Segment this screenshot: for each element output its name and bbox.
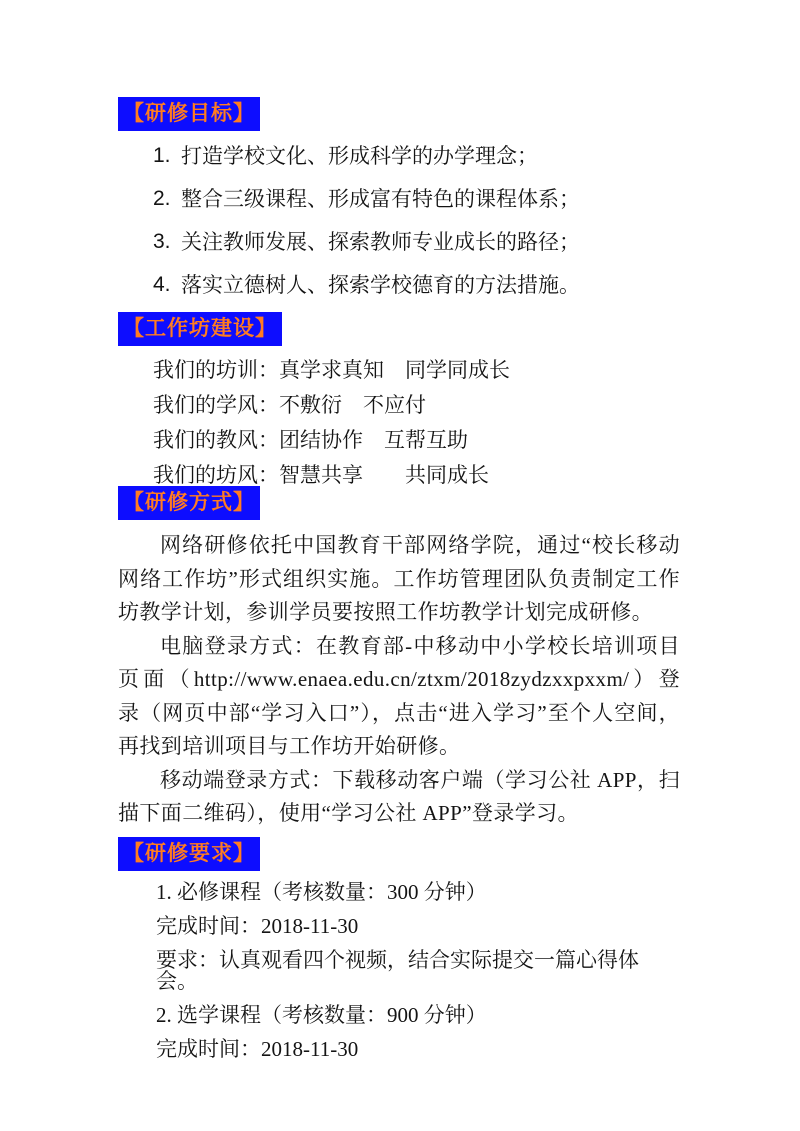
document-page: 【研修目标】 1. 打造学校文化、形成科学的办学理念； 2. 整合三级课程、形成… xyxy=(0,0,800,1131)
goals-list: 1. 打造学校文化、形成科学的办学理念； 2. 整合三级课程、形成富有特色的课程… xyxy=(118,145,680,304)
list-item-number: 1. xyxy=(153,145,181,167)
section-title-goals: 【研修目标】 xyxy=(118,97,260,131)
section-requirements-header: 【研修要求】 xyxy=(118,837,680,871)
section-title-method: 【研修方式】 xyxy=(118,486,260,520)
goals-list-item: 3. 关注教师发展、探索教师专业成长的路径； xyxy=(153,231,680,253)
requirement-course-line: 2. 选学课程（考核数量：900 分钟） xyxy=(156,1005,680,1026)
requirements-lines: 1. 必修课程（考核数量：300 分钟） 完成时间：2018-11-30 要求：… xyxy=(118,882,680,1060)
list-item-text: 打造学校文化、形成科学的办学理念； xyxy=(181,145,538,167)
method-paragraph-login-pc: 电脑登录方式：在教育部-中移动中小学校长培训项目页面（http://www.en… xyxy=(118,630,680,764)
list-item-number: 3. xyxy=(153,231,181,253)
section-title-requirements: 【研修要求】 xyxy=(118,837,260,871)
section-goals-header: 【研修目标】 xyxy=(118,97,680,131)
method-paragraph-login-mobile: 移动端登录方式：下载移动客户端（学习公社 APP，扫描下面二维码），使用“学习公… xyxy=(118,764,680,831)
list-item-text: 落实立德树人、探索学校德育的方法措施。 xyxy=(181,274,580,296)
workshop-motto-line: 我们的坊训：真学求真知 同学同成长 xyxy=(153,359,680,381)
method-paragraph: 网络研修依托中国教育干部网络学院，通过“校长移动网络工作坊”形式组织实施。工作坊… xyxy=(118,529,680,630)
section-method-header: 【研修方式】 xyxy=(118,486,680,520)
goals-list-item: 2. 整合三级课程、形成富有特色的课程体系； xyxy=(153,188,680,210)
goals-list-item: 1. 打造学校文化、形成科学的办学理念； xyxy=(153,145,680,167)
workshop-motto-line: 我们的坊风：智慧共享 共同成长 xyxy=(153,464,680,486)
requirement-deadline-line: 完成时间：2018-11-30 xyxy=(156,1039,680,1060)
requirement-course-line: 1. 必修课程（考核数量：300 分钟） xyxy=(156,882,680,903)
method-paragraphs: 网络研修依托中国教育干部网络学院，通过“校长移动网络工作坊”形式组织实施。工作坊… xyxy=(118,529,680,831)
requirement-detail-line: 要求：认真观看四个视频，结合实际提交一篇心得体会。 xyxy=(156,950,680,992)
list-item-number: 4. xyxy=(153,274,181,296)
workshop-motto-line: 我们的教风：团结协作 互帮互助 xyxy=(153,429,680,451)
list-item-text: 关注教师发展、探索教师专业成长的路径； xyxy=(181,231,580,253)
goals-list-item: 4. 落实立德树人、探索学校德育的方法措施。 xyxy=(153,274,680,296)
workshop-motto-line: 我们的学风：不敷衍 不应付 xyxy=(153,394,680,416)
workshop-lines: 我们的坊训：真学求真知 同学同成长 我们的学风：不敷衍 不应付 我们的教风：团结… xyxy=(118,359,680,486)
list-item-number: 2. xyxy=(153,188,181,210)
section-workshop-header: 【工作坊建设】 xyxy=(118,312,680,346)
section-title-workshop: 【工作坊建设】 xyxy=(118,312,282,346)
requirement-deadline-line: 完成时间：2018-11-30 xyxy=(156,916,680,937)
list-item-text: 整合三级课程、形成富有特色的课程体系； xyxy=(181,188,580,210)
